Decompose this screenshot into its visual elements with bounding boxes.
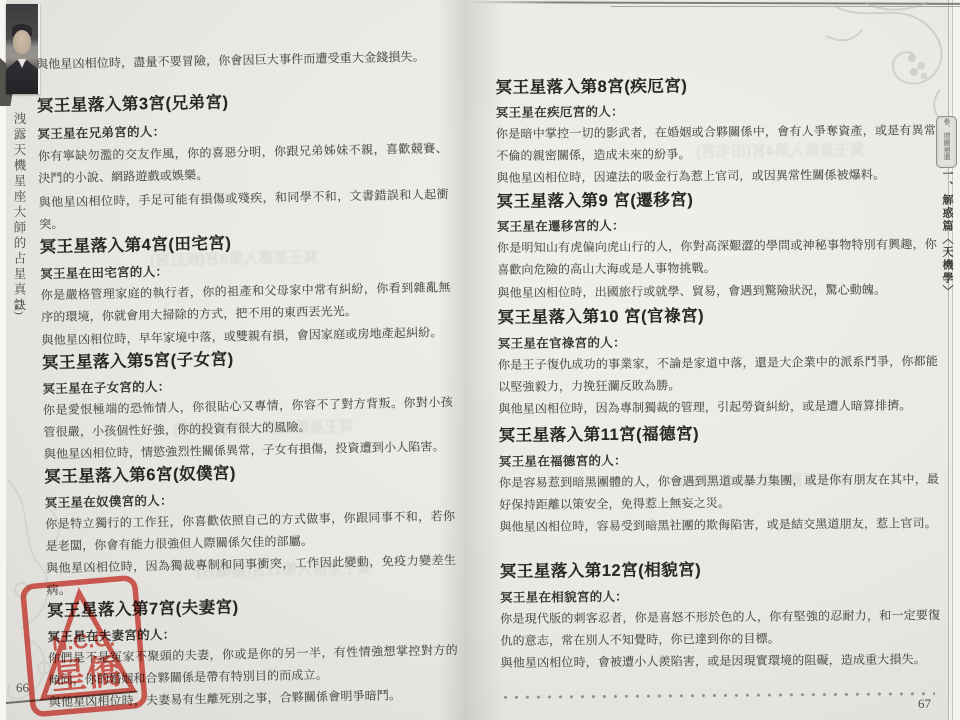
- section-heading: 冥王星落入第3宮(兄弟宮): [37, 88, 441, 116]
- side-tab-small-label: 參、增刪補遺: [942, 118, 951, 160]
- page-number-left: 66: [16, 680, 29, 696]
- book-spread: 洩露天機星座大師的占星真訣 (2) 冥王星落入第8宮(疾厄宮) 冥王星落入第10…: [0, 0, 960, 720]
- dotted-divider: [503, 690, 935, 701]
- section-paragraph: 與他星凶相位時，盡量不要冒險，你會因巨大事件而遭受重大金錢損失。: [36, 45, 446, 75]
- section-subheading: 冥王星在福德宮的人：: [499, 449, 933, 471]
- stamp-name-text: 星僑: [50, 652, 123, 697]
- section-subheading: 冥王星在疾厄宮的人：: [496, 100, 930, 122]
- section-paragraph: 與他星凶相位時，因違法的吸金行為惹上官司，或因異常性關係被爆料。: [496, 163, 936, 189]
- section-paragraph: 與他星凶相位時，手足可能有損傷或殘疾，和同學不和，文書錯誤和人起衝突。: [39, 183, 450, 235]
- section-paragraph: 你是現代版的刺客忍者，你是喜怒不形於色的人，你有堅強的忍耐力，和一定要復仇的意志…: [500, 604, 940, 652]
- section-heading: 冥王星落入第11宮(福德宮): [499, 422, 933, 446]
- approval-stamp: N.C.C. 星僑: [18, 573, 152, 720]
- spine-title: 洩露天機星座大師的占星真訣: [10, 112, 28, 322]
- side-tab: 參、增刪補遺: [936, 116, 957, 168]
- section-subheading: 冥王星在官祿宮的人：: [498, 331, 932, 353]
- stamp-org-text: N.C.C.: [51, 627, 116, 655]
- section-paragraph: 與他星凶相位時，會被遭小人羨陷害，或是因現實環境的阻礙，造成重大損失。: [501, 648, 941, 674]
- section-heading: 冥王星落入第9 宮(遷移宮): [497, 188, 931, 212]
- section-paragraph: 你是明知山有虎偏向虎山行的人，你對高深艱澀的學問或神秘事物特別有興趣，你喜歡向危…: [497, 233, 937, 281]
- section-paragraph: 你是嚴格管理家庭的執行者，你的祖產和父母家中常有糾紛，你看到雜亂無序的環境，你就…: [40, 276, 451, 328]
- page-number-right: 67: [918, 696, 931, 712]
- section-heading: 冥王星落入第12宮(相貌宮): [500, 558, 934, 582]
- section-paragraph: 與他星凶相位時，因為專制獨裁的管理，引起勞資糾紛，或是遭人暗算排擠。: [498, 394, 938, 420]
- section-paragraph: 你是暗中掌控一切的影武者，在婚姻或合夥關係中，會有人爭奪資產，或是有異常不倫的親…: [496, 119, 936, 167]
- section-heading: 冥王星落入第8宮(疾厄宮): [496, 74, 930, 98]
- section-subheading: 冥王星在遷移宮的人：: [497, 214, 931, 236]
- side-tab-label: 一、解惑篇〈天機學〉: [939, 168, 955, 298]
- section-paragraph: 與他星凶相位時，出國旅行或就學、貿易，會遇到驚險狀況，驚心動魄。: [497, 278, 937, 304]
- section-subheading: 冥王星在相貌宮的人：: [500, 585, 934, 607]
- section-heading: 冥王星落入第10 宮(官祿宮): [498, 304, 932, 328]
- right-page: 冥王星落入第4宮(田宅宮) 冥王星落入第6宮(奴僕宮) 冥王星落入第8宮(疾厄宮…: [495, 0, 941, 720]
- section-paragraph: 你是王子復仇成功的事業家，不論是家道中落，還是大企業中的派系鬥爭，你都能以堅強毅…: [498, 350, 938, 398]
- section-paragraph: 你有寧缺勿濫的交友作風，你的喜惡分明，你跟兄弟姊妹不親，喜歡競賽、決鬥的小說、網…: [38, 137, 449, 189]
- spine-volume: (2): [13, 300, 25, 316]
- section-paragraph: 與他星凶相位時，容易受到暗黑社團的欺侮陷害，或是結交黑道朋友，惹上官司。: [499, 512, 939, 538]
- photo-face: [13, 30, 31, 54]
- section-paragraph: 你是容易惹到暗黑團體的人，你會遇到黑道或暴力集團，或是你有朋友在其中，最好保持距…: [499, 468, 939, 516]
